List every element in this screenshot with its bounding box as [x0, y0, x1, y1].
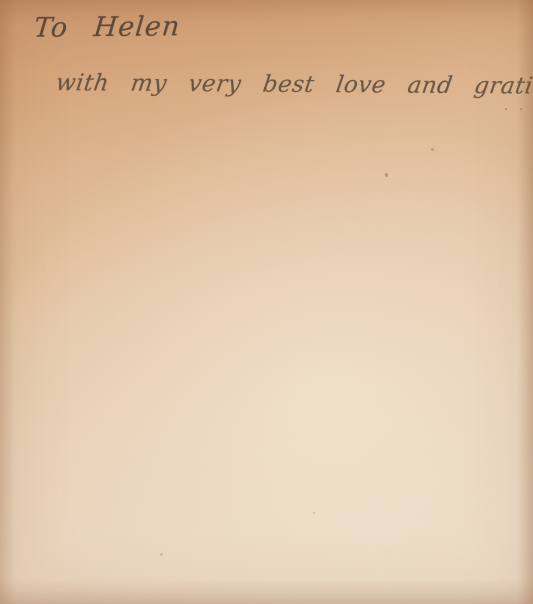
paper-speck — [313, 512, 315, 514]
book-endpaper-page: To Helen with my very best love and grat… — [0, 0, 533, 604]
inscription-trailing-ink-dots: . . — [504, 98, 526, 114]
paper-speck — [385, 173, 388, 177]
inscription-line-2: with my very best love and gratitude — [54, 70, 533, 100]
inscription-line-1: To Helen — [33, 11, 182, 44]
paper-speck — [160, 553, 163, 556]
page-edge-vignette — [0, 0, 533, 604]
paper-grain-texture — [0, 0, 533, 604]
paper-speck — [431, 148, 434, 151]
